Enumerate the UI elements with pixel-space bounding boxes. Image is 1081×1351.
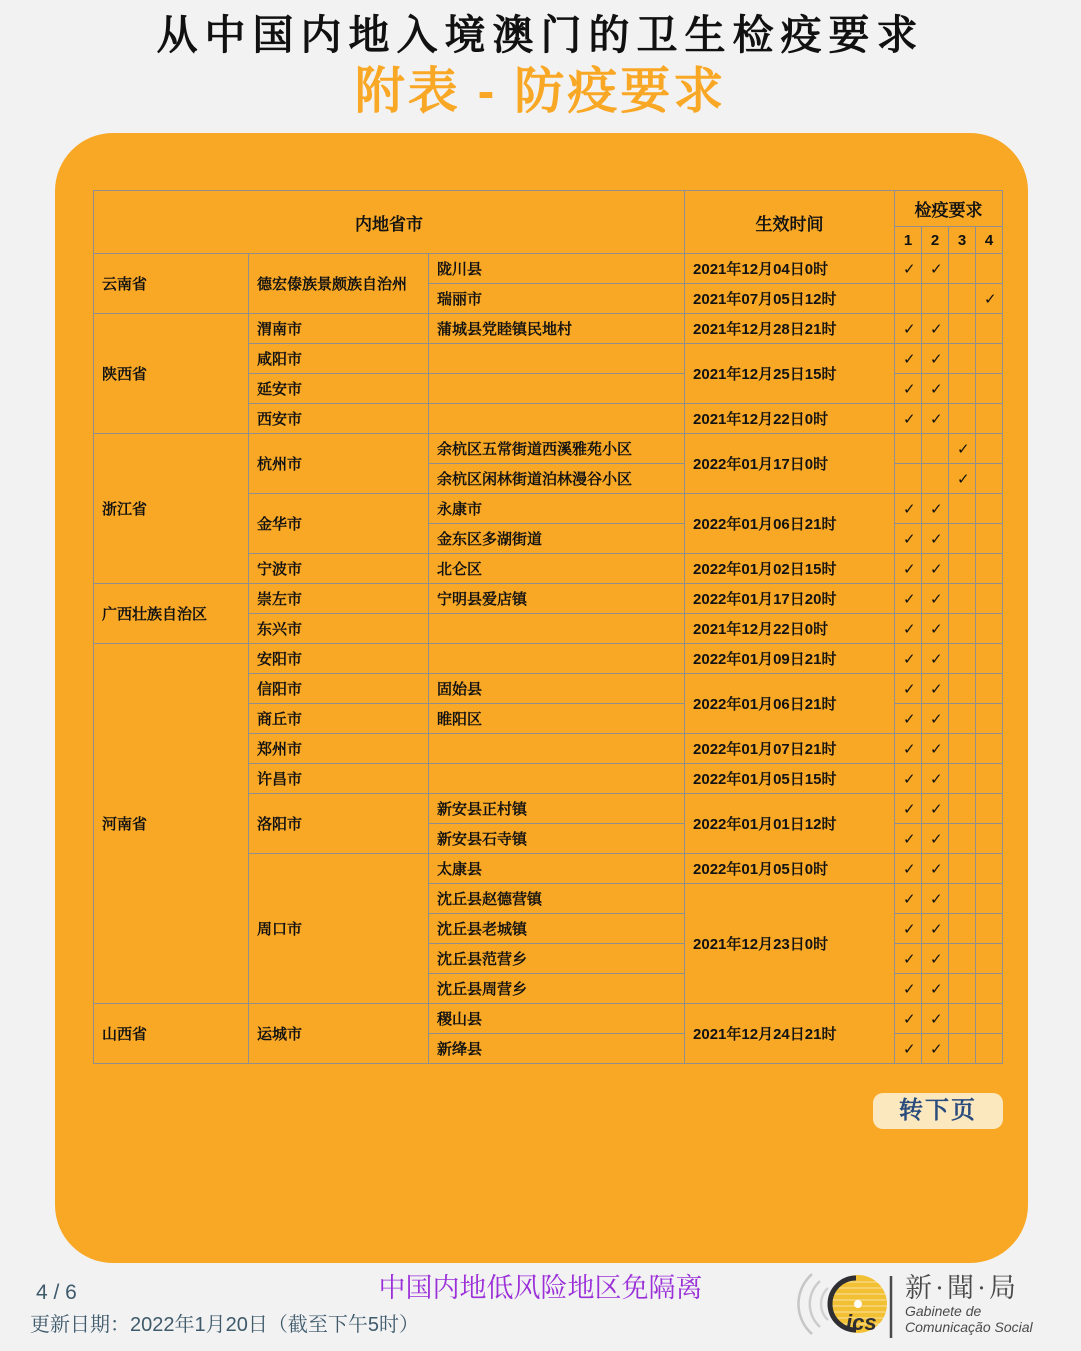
check-cell-empty bbox=[976, 734, 1003, 764]
check-cell-empty bbox=[949, 674, 976, 704]
checkmark-cell: ✓ bbox=[895, 734, 922, 764]
header-effective-time: 生效时间 bbox=[685, 191, 895, 254]
check-cell-empty bbox=[976, 644, 1003, 674]
checkmark-cell: ✓ bbox=[922, 1034, 949, 1064]
district-cell: 余杭区五常街道西溪雅苑小区 bbox=[429, 434, 685, 464]
check-cell-empty bbox=[949, 974, 976, 1004]
header-region: 内地省市 bbox=[94, 191, 685, 254]
checkmark-cell: ✓ bbox=[895, 794, 922, 824]
district-cell: 宁明县爱店镇 bbox=[429, 584, 685, 614]
checkmark-cell: ✓ bbox=[922, 794, 949, 824]
check-cell-empty bbox=[949, 944, 976, 974]
effective-date-cell: 2022年01月01日12时 bbox=[685, 794, 895, 854]
province-cell: 浙江省 bbox=[94, 434, 249, 584]
check-cell-empty bbox=[922, 464, 949, 494]
check-cell-empty bbox=[976, 404, 1003, 434]
checkmark-cell: ✓ bbox=[922, 764, 949, 794]
district-cell: 沈丘县周营乡 bbox=[429, 974, 685, 1004]
checkmark-cell: ✓ bbox=[895, 974, 922, 1004]
checkmark-cell: ✓ bbox=[922, 254, 949, 284]
prefecture-cell: 宁波市 bbox=[249, 554, 429, 584]
check-cell-empty bbox=[976, 464, 1003, 494]
check-cell-empty bbox=[976, 884, 1003, 914]
page-title: 从中国内地入境澳门的卫生检疫要求 bbox=[0, 8, 1081, 62]
district-cell: 永康市 bbox=[429, 494, 685, 524]
header-requirements: 检疫要求 bbox=[895, 191, 1003, 227]
prefecture-cell: 许昌市 bbox=[249, 764, 429, 794]
check-cell-empty bbox=[976, 524, 1003, 554]
check-cell-empty bbox=[949, 1004, 976, 1034]
district-cell: 沈丘县赵德营镇 bbox=[429, 884, 685, 914]
table-row: 山西省运城市稷山县2021年12月24日21时✓✓ bbox=[94, 1004, 1003, 1034]
check-cell-empty bbox=[976, 254, 1003, 284]
prefecture-cell: 渭南市 bbox=[249, 314, 429, 344]
check-cell-empty bbox=[949, 644, 976, 674]
district-cell: 稷山县 bbox=[429, 1004, 685, 1034]
checkmark-cell: ✓ bbox=[922, 884, 949, 914]
prefecture-cell: 商丘市 bbox=[249, 704, 429, 734]
checkmark-cell: ✓ bbox=[922, 314, 949, 344]
check-cell-empty bbox=[895, 464, 922, 494]
check-cell-empty bbox=[949, 404, 976, 434]
district-cell bbox=[429, 614, 685, 644]
effective-date-cell: 2022年01月06日21时 bbox=[685, 494, 895, 554]
district-cell bbox=[429, 374, 685, 404]
prefecture-cell: 金华市 bbox=[249, 494, 429, 554]
checkmark-cell: ✓ bbox=[922, 854, 949, 884]
checkmark-cell: ✓ bbox=[895, 524, 922, 554]
check-cell-empty bbox=[949, 734, 976, 764]
check-cell-empty bbox=[976, 794, 1003, 824]
logo-name-pt-line2: Comunicação Social bbox=[905, 1319, 1033, 1335]
prefecture-cell: 安阳市 bbox=[249, 644, 429, 674]
district-cell: 新安县石寺镇 bbox=[429, 824, 685, 854]
checkmark-cell: ✓ bbox=[922, 554, 949, 584]
district-cell: 金东区多湖街道 bbox=[429, 524, 685, 554]
effective-date-cell: 2021年07月05日12时 bbox=[685, 284, 895, 314]
effective-date-cell: 2021年12月24日21时 bbox=[685, 1004, 895, 1064]
checkmark-cell: ✓ bbox=[895, 314, 922, 344]
update-date: 更新日期：2022年1月20日（截至下午5时） bbox=[30, 1308, 419, 1337]
check-cell-empty bbox=[922, 434, 949, 464]
checkmark-cell: ✓ bbox=[922, 494, 949, 524]
header-req-4: 4 bbox=[976, 227, 1003, 254]
prefecture-cell: 西安市 bbox=[249, 404, 429, 434]
prefecture-cell: 信阳市 bbox=[249, 674, 429, 704]
district-cell bbox=[429, 344, 685, 374]
prefecture-cell: 咸阳市 bbox=[249, 344, 429, 374]
check-cell-empty bbox=[949, 374, 976, 404]
checkmark-cell: ✓ bbox=[922, 944, 949, 974]
check-cell-empty bbox=[976, 1004, 1003, 1034]
effective-date-cell: 2021年12月23日0时 bbox=[685, 884, 895, 1004]
checkmark-cell: ✓ bbox=[895, 944, 922, 974]
district-cell: 沈丘县范营乡 bbox=[429, 944, 685, 974]
table-header: 内地省市 生效时间 检疫要求 1 2 3 4 bbox=[94, 191, 1003, 254]
checkmark-cell: ✓ bbox=[895, 854, 922, 884]
checkmark-cell: ✓ bbox=[895, 884, 922, 914]
checkmark-cell: ✓ bbox=[922, 704, 949, 734]
checkmark-cell: ✓ bbox=[895, 1034, 922, 1064]
table-row: 云南省德宏傣族景颇族自治州陇川县2021年12月04日0时✓✓ bbox=[94, 254, 1003, 284]
logo-text: 新·聞·局 Gabinete de Comunicação Social bbox=[905, 1273, 1033, 1335]
check-cell-empty bbox=[949, 284, 976, 314]
check-cell-empty bbox=[976, 854, 1003, 884]
checkmark-cell: ✓ bbox=[895, 254, 922, 284]
checkmark-cell: ✓ bbox=[895, 824, 922, 854]
prefecture-cell: 崇左市 bbox=[249, 584, 429, 614]
check-cell-empty bbox=[949, 314, 976, 344]
prefecture-cell: 周口市 bbox=[249, 854, 429, 1004]
effective-date-cell: 2021年12月04日0时 bbox=[685, 254, 895, 284]
requirements-table-body: 云南省德宏傣族景颇族自治州陇川县2021年12月04日0时✓✓瑞丽市2021年0… bbox=[94, 254, 1003, 1064]
logo-wave-arc bbox=[821, 1288, 828, 1320]
gcs-logo: ics 新·聞·局 Gabinete de Comunicação Social bbox=[790, 1262, 1075, 1346]
province-cell: 山西省 bbox=[94, 1004, 249, 1064]
check-cell-empty bbox=[949, 884, 976, 914]
district-cell: 新绛县 bbox=[429, 1034, 685, 1064]
district-cell: 新安县正村镇 bbox=[429, 794, 685, 824]
prefecture-cell: 洛阳市 bbox=[249, 794, 429, 854]
district-cell: 沈丘县老城镇 bbox=[429, 914, 685, 944]
check-cell-empty bbox=[976, 764, 1003, 794]
prefecture-cell: 杭州市 bbox=[249, 434, 429, 494]
prefecture-cell: 郑州市 bbox=[249, 734, 429, 764]
checkmark-cell: ✓ bbox=[922, 374, 949, 404]
district-cell bbox=[429, 764, 685, 794]
header-req-1: 1 bbox=[895, 227, 922, 254]
province-cell: 广西壮族自治区 bbox=[94, 584, 249, 644]
checkmark-cell: ✓ bbox=[895, 644, 922, 674]
checkmark-cell: ✓ bbox=[895, 374, 922, 404]
district-cell bbox=[429, 644, 685, 674]
check-cell-empty bbox=[895, 284, 922, 314]
effective-date-cell: 2022年01月17日0时 bbox=[685, 434, 895, 494]
checkmark-cell: ✓ bbox=[922, 404, 949, 434]
requirements-card: 内地省市 生效时间 检疫要求 1 2 3 4 云南省德宏傣族景颇族自治州陇川县2… bbox=[55, 133, 1028, 1263]
checkmark-cell: ✓ bbox=[922, 824, 949, 854]
header-req-3: 3 bbox=[949, 227, 976, 254]
check-cell-empty bbox=[976, 974, 1003, 1004]
check-cell-empty bbox=[949, 794, 976, 824]
province-cell: 云南省 bbox=[94, 254, 249, 314]
logo-acronym: ics bbox=[846, 1310, 877, 1335]
table-row: 浙江省杭州市余杭区五常街道西溪雅苑小区2022年01月17日0时✓ bbox=[94, 434, 1003, 464]
checkmark-cell: ✓ bbox=[895, 494, 922, 524]
check-cell-empty bbox=[976, 344, 1003, 374]
check-cell-empty bbox=[976, 824, 1003, 854]
district-cell: 北仑区 bbox=[429, 554, 685, 584]
check-cell-empty bbox=[976, 554, 1003, 584]
check-cell-empty bbox=[976, 614, 1003, 644]
checkmark-cell: ✓ bbox=[922, 734, 949, 764]
effective-date-cell: 2021年12月22日0时 bbox=[685, 614, 895, 644]
logo-wave-arc bbox=[810, 1281, 820, 1327]
checkmark-cell: ✓ bbox=[922, 644, 949, 674]
check-cell-empty bbox=[949, 344, 976, 374]
checkmark-cell: ✓ bbox=[922, 914, 949, 944]
check-cell-empty bbox=[922, 284, 949, 314]
check-cell-empty bbox=[976, 374, 1003, 404]
logo-name-pt-line1: Gabinete de bbox=[905, 1303, 1033, 1319]
check-cell-empty bbox=[949, 824, 976, 854]
checkmark-cell: ✓ bbox=[895, 704, 922, 734]
checkmark-cell: ✓ bbox=[895, 584, 922, 614]
check-cell-empty bbox=[949, 1034, 976, 1064]
checkmark-cell: ✓ bbox=[949, 434, 976, 464]
effective-date-cell: 2022年01月02日15时 bbox=[685, 554, 895, 584]
page: 从中国内地入境澳门的卫生检疫要求 附表 - 防疫要求 内地省市 生效时间 检疫要… bbox=[0, 0, 1081, 1351]
effective-date-cell: 2021年12月22日0时 bbox=[685, 404, 895, 434]
check-cell-empty bbox=[949, 254, 976, 284]
header-row-main: 内地省市 生效时间 检疫要求 bbox=[94, 191, 1003, 227]
checkmark-cell: ✓ bbox=[922, 674, 949, 704]
effective-date-cell: 2021年12月25日15时 bbox=[685, 344, 895, 404]
checkmark-cell: ✓ bbox=[895, 344, 922, 374]
check-cell-empty bbox=[976, 494, 1003, 524]
check-cell-empty bbox=[949, 554, 976, 584]
check-cell-empty bbox=[976, 314, 1003, 344]
checkmark-cell: ✓ bbox=[895, 404, 922, 434]
check-cell-empty bbox=[976, 434, 1003, 464]
page-indicator: 4 / 6 bbox=[36, 1281, 77, 1305]
checkmark-cell: ✓ bbox=[895, 764, 922, 794]
district-cell: 蒲城县党睦镇民地村 bbox=[429, 314, 685, 344]
district-cell: 余杭区闲林街道泊林漫谷小区 bbox=[429, 464, 685, 494]
checkmark-cell: ✓ bbox=[949, 464, 976, 494]
district-cell bbox=[429, 734, 685, 764]
checkmark-cell: ✓ bbox=[922, 344, 949, 374]
check-cell-empty bbox=[976, 584, 1003, 614]
district-cell: 瑞丽市 bbox=[429, 284, 685, 314]
prefecture-cell: 东兴市 bbox=[249, 614, 429, 644]
check-cell-empty bbox=[976, 704, 1003, 734]
page-header: 从中国内地入境澳门的卫生检疫要求 附表 - 防疫要求 bbox=[0, 8, 1081, 120]
checkmark-cell: ✓ bbox=[895, 554, 922, 584]
checkmark-cell: ✓ bbox=[922, 524, 949, 554]
checkmark-cell: ✓ bbox=[895, 674, 922, 704]
check-cell-empty bbox=[949, 584, 976, 614]
effective-date-cell: 2022年01月17日20时 bbox=[685, 584, 895, 614]
check-cell-empty bbox=[949, 704, 976, 734]
check-cell-empty bbox=[976, 914, 1003, 944]
effective-date-cell: 2022年01月05日0时 bbox=[685, 854, 895, 884]
check-cell-empty bbox=[976, 944, 1003, 974]
page-subtitle: 附表 - 防疫要求 bbox=[0, 62, 1081, 120]
check-cell-empty bbox=[949, 914, 976, 944]
checkmark-cell: ✓ bbox=[976, 284, 1003, 314]
next-page-button[interactable]: 转下页 bbox=[873, 1093, 1003, 1129]
check-cell-empty bbox=[949, 494, 976, 524]
effective-date-cell: 2021年12月28日21时 bbox=[685, 314, 895, 344]
prefecture-cell: 德宏傣族景颇族自治州 bbox=[249, 254, 429, 314]
district-cell: 睢阳区 bbox=[429, 704, 685, 734]
header-req-2: 2 bbox=[922, 227, 949, 254]
effective-date-cell: 2022年01月07日21时 bbox=[685, 734, 895, 764]
checkmark-cell: ✓ bbox=[895, 614, 922, 644]
checkmark-cell: ✓ bbox=[922, 614, 949, 644]
district-cell bbox=[429, 404, 685, 434]
checkmark-cell: ✓ bbox=[895, 914, 922, 944]
prefecture-cell: 延安市 bbox=[249, 374, 429, 404]
district-cell: 固始县 bbox=[429, 674, 685, 704]
province-cell: 河南省 bbox=[94, 644, 249, 1004]
district-cell: 太康县 bbox=[429, 854, 685, 884]
checkmark-cell: ✓ bbox=[922, 974, 949, 1004]
table-row: 陕西省渭南市蒲城县党睦镇民地村2021年12月28日21时✓✓ bbox=[94, 314, 1003, 344]
effective-date-cell: 2022年01月05日15时 bbox=[685, 764, 895, 794]
table-row: 河南省安阳市2022年01月09日21时✓✓ bbox=[94, 644, 1003, 674]
check-cell-empty bbox=[949, 614, 976, 644]
logo-name-zh: 新·聞·局 bbox=[905, 1273, 1033, 1303]
checkmark-cell: ✓ bbox=[895, 1004, 922, 1034]
check-cell-empty bbox=[949, 854, 976, 884]
check-cell-empty bbox=[895, 434, 922, 464]
check-cell-empty bbox=[976, 674, 1003, 704]
province-cell: 陕西省 bbox=[94, 314, 249, 434]
checkmark-cell: ✓ bbox=[922, 584, 949, 614]
prefecture-cell: 运城市 bbox=[249, 1004, 429, 1064]
check-cell-empty bbox=[949, 524, 976, 554]
effective-date-cell: 2022年01月06日21时 bbox=[685, 674, 895, 734]
district-cell: 陇川县 bbox=[429, 254, 685, 284]
checkmark-cell: ✓ bbox=[922, 1004, 949, 1034]
gcs-logo-mark: ics bbox=[790, 1262, 895, 1346]
requirements-table: 内地省市 生效时间 检疫要求 1 2 3 4 云南省德宏傣族景颇族自治州陇川县2… bbox=[93, 190, 1003, 1064]
effective-date-cell: 2022年01月09日21时 bbox=[685, 644, 895, 674]
check-cell-empty bbox=[949, 764, 976, 794]
table-row: 广西壮族自治区崇左市宁明县爱店镇2022年01月17日20时✓✓ bbox=[94, 584, 1003, 614]
check-cell-empty bbox=[976, 1034, 1003, 1064]
